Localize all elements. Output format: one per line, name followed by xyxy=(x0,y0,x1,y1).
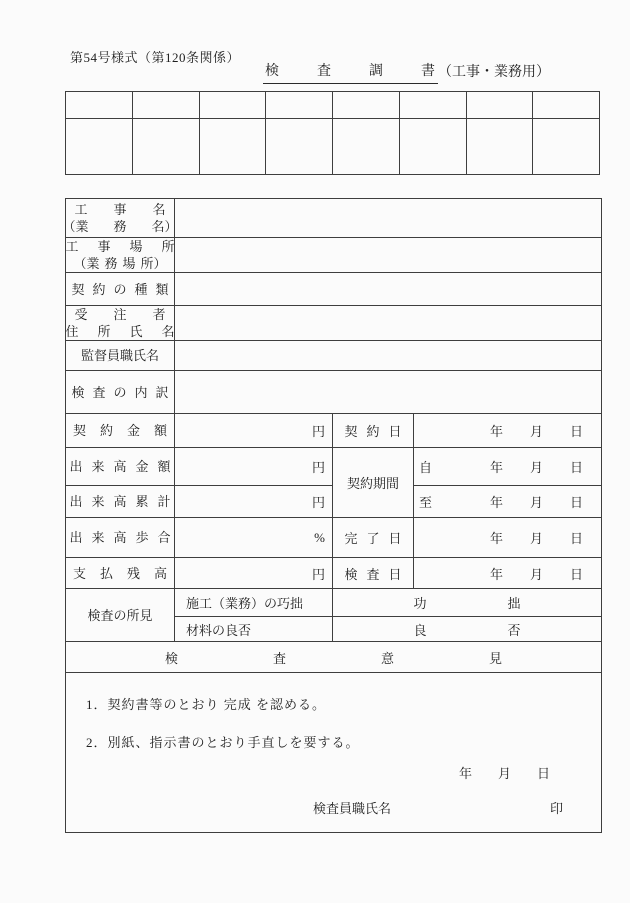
summary-cell xyxy=(466,92,533,119)
label-inspection-findings: 検査の所見 xyxy=(66,589,175,642)
percent-unit: % xyxy=(314,530,325,545)
label-workmanship: 施工（業務）の巧拙 xyxy=(175,589,333,617)
label-payment-balance: 支払残高 xyxy=(66,558,175,589)
period-to-prefix: 至 xyxy=(419,492,432,511)
label-completion-date-text: 完了日 xyxy=(333,528,413,547)
year-month-day-labels: 年月日 xyxy=(490,528,583,547)
summary-cell xyxy=(466,119,533,175)
label-inspection-breakdown-text: 検査の内訳 xyxy=(66,384,174,401)
label-workmanship-text: 施工（業務）の巧拙 xyxy=(186,596,303,611)
row-payment-balance: 支払残高 円 検査日 年月日 xyxy=(66,558,602,589)
summary-body-row xyxy=(66,119,600,175)
document-page: 第54号様式（第120条関係） 検査調書 （工事・業務用） 工事名 （業務名） xyxy=(0,0,630,903)
summary-cell xyxy=(132,119,199,175)
summary-cell xyxy=(66,119,133,175)
label-contractor: 受注者 住所氏名 xyxy=(66,306,175,341)
row-location: 工事場所 （業務場所） xyxy=(66,238,602,273)
material-rating-labels: 良否 xyxy=(333,620,601,639)
label-contract-date: 契約日 xyxy=(333,414,414,448)
summary-header-row xyxy=(66,92,600,119)
yen-unit: 円 xyxy=(312,567,325,582)
label-inspection-breakdown: 検査の内訳 xyxy=(66,371,175,414)
label-inspection-findings-text: 検査の所見 xyxy=(66,607,174,624)
row-opinion-body: 1．契約書等のとおり 完成 を認める。 2．別紙、指示書のとおり手直しを要する。… xyxy=(66,673,602,833)
row-contractor: 受注者 住所氏名 xyxy=(66,306,602,341)
input-inspection-date: 年月日 xyxy=(414,558,602,589)
input-project-name xyxy=(175,199,602,238)
input-completed-amount: 円 xyxy=(175,448,333,486)
summary-cell xyxy=(66,92,133,119)
summary-cell xyxy=(333,119,400,175)
form-number: 第54号様式（第120条関係） xyxy=(70,47,240,66)
period-from-prefix: 自 xyxy=(419,457,432,476)
label-contractor-line2: 住所氏名 xyxy=(66,323,174,340)
label-payment-balance-text: 支払残高 xyxy=(66,565,174,582)
summary-cell xyxy=(399,92,466,119)
yen-unit: 円 xyxy=(312,495,325,510)
year-month-day-labels: 年月日 xyxy=(490,421,583,440)
label-inspection-date: 検査日 xyxy=(333,558,414,589)
label-contract-type-text: 契約の種類 xyxy=(66,281,174,298)
summary-cell xyxy=(199,92,266,119)
label-contract-type: 契約の種類 xyxy=(66,273,175,306)
summary-cell xyxy=(333,92,400,119)
yen-unit: 円 xyxy=(312,424,325,439)
summary-cell xyxy=(533,92,600,119)
material-quality-options: 良否 xyxy=(333,617,602,642)
summary-cell xyxy=(533,119,600,175)
label-completed-amount: 出来高金額 xyxy=(66,448,175,486)
label-completed-amount-text: 出来高金額 xyxy=(66,458,174,475)
label-completed-total-text: 出来高累計 xyxy=(66,493,174,510)
yen-unit: 円 xyxy=(312,460,325,475)
summary-cell xyxy=(266,92,333,119)
label-contract-period-text: 契約期間 xyxy=(333,473,413,492)
label-project-name-line1: 工事名 xyxy=(66,201,174,218)
input-contract-type xyxy=(175,273,602,306)
label-location-line1: 工事場所 xyxy=(66,238,174,255)
label-material-quality-text: 材料の良否 xyxy=(186,623,251,638)
input-completed-total: 円 xyxy=(175,486,333,518)
summary-table xyxy=(65,91,600,175)
summary-cell xyxy=(199,119,266,175)
inspection-opinion-body: 1．契約書等のとおり 完成 を認める。 2．別紙、指示書のとおり手直しを要する。… xyxy=(66,673,602,833)
opinion-item-2: 2．別紙、指示書のとおり手直しを要する。 xyxy=(86,732,360,751)
label-location: 工事場所 （業務場所） xyxy=(66,238,175,273)
year-month-day-labels: 年月日 xyxy=(490,564,583,583)
label-completed-total: 出来高累計 xyxy=(66,486,175,518)
title-text: 検査調書 xyxy=(263,60,438,84)
row-supervisor: 監督員職氏名 xyxy=(66,341,602,371)
summary-cell xyxy=(132,92,199,119)
label-project-name-line2: （業務名） xyxy=(66,218,174,235)
label-completed-ratio: 出来高歩合 xyxy=(66,518,175,558)
summary-cell xyxy=(399,119,466,175)
input-contract-amount: 円 xyxy=(175,414,333,448)
opinion-date-labels: 年月日 xyxy=(459,763,550,782)
workmanship-rating-labels: 功拙 xyxy=(333,593,601,612)
inspection-form-table: 工事名 （業務名） 工事場所 （業務場所） 契約の種類 受注者 住所氏名 xyxy=(65,198,602,833)
row-completed-ratio: 出来高歩合 % 完了日 年月日 xyxy=(66,518,602,558)
input-contractor xyxy=(175,306,602,341)
row-contract-amount: 契約金額 円 契約日 年月日 xyxy=(66,414,602,448)
input-contract-date: 年月日 xyxy=(414,414,602,448)
label-project-name: 工事名 （業務名） xyxy=(66,199,175,238)
row-inspection-breakdown: 検査の内訳 xyxy=(66,371,602,414)
opinion-item-1: 1．契約書等のとおり 完成 を認める。 xyxy=(86,694,326,713)
label-contractor-line1: 受注者 xyxy=(66,306,174,323)
input-period-to: 至 年月日 xyxy=(414,486,602,518)
inspection-opinion-header-text: 検査意見 xyxy=(66,648,601,667)
title-suffix: （工事・業務用） xyxy=(438,61,550,84)
input-period-from: 自 年月日 xyxy=(414,448,602,486)
label-inspection-date-text: 検査日 xyxy=(333,564,413,583)
label-supervisor-text: 監督員職氏名 xyxy=(66,347,174,364)
input-payment-balance: 円 xyxy=(175,558,333,589)
input-inspection-breakdown xyxy=(175,371,602,414)
row-project-name: 工事名 （業務名） xyxy=(66,199,602,238)
label-contract-date-text: 契約日 xyxy=(333,421,413,440)
label-contract-amount: 契約金額 xyxy=(66,414,175,448)
label-contract-amount-text: 契約金額 xyxy=(66,422,174,439)
input-completion-date: 年月日 xyxy=(414,518,602,558)
inspection-opinion-header: 検査意見 xyxy=(66,642,602,673)
workmanship-options: 功拙 xyxy=(333,589,602,617)
label-completion-date: 完了日 xyxy=(333,518,414,558)
label-completed-ratio-text: 出来高歩合 xyxy=(66,529,174,546)
input-completed-ratio: % xyxy=(175,518,333,558)
inspector-title-label: 検査員職氏名 xyxy=(313,798,391,817)
year-month-day-labels: 年月日 xyxy=(490,492,583,511)
label-location-line2: （業務場所） xyxy=(66,255,174,272)
document-title: 検査調書 （工事・業務用） xyxy=(263,60,550,84)
summary-cell xyxy=(266,119,333,175)
input-location xyxy=(175,238,602,273)
row-completed-amount: 出来高金額 円 契約期間 自 年月日 xyxy=(66,448,602,486)
seal-label: 印 xyxy=(550,798,563,817)
input-supervisor xyxy=(175,341,602,371)
label-contract-period: 契約期間 xyxy=(333,448,414,518)
row-opinion-header: 検査意見 xyxy=(66,642,602,673)
label-material-quality: 材料の良否 xyxy=(175,617,333,642)
row-contract-type: 契約の種類 xyxy=(66,273,602,306)
year-month-day-labels: 年月日 xyxy=(490,457,583,476)
label-supervisor: 監督員職氏名 xyxy=(66,341,175,371)
row-workmanship: 検査の所見 施工（業務）の巧拙 功拙 xyxy=(66,589,602,617)
